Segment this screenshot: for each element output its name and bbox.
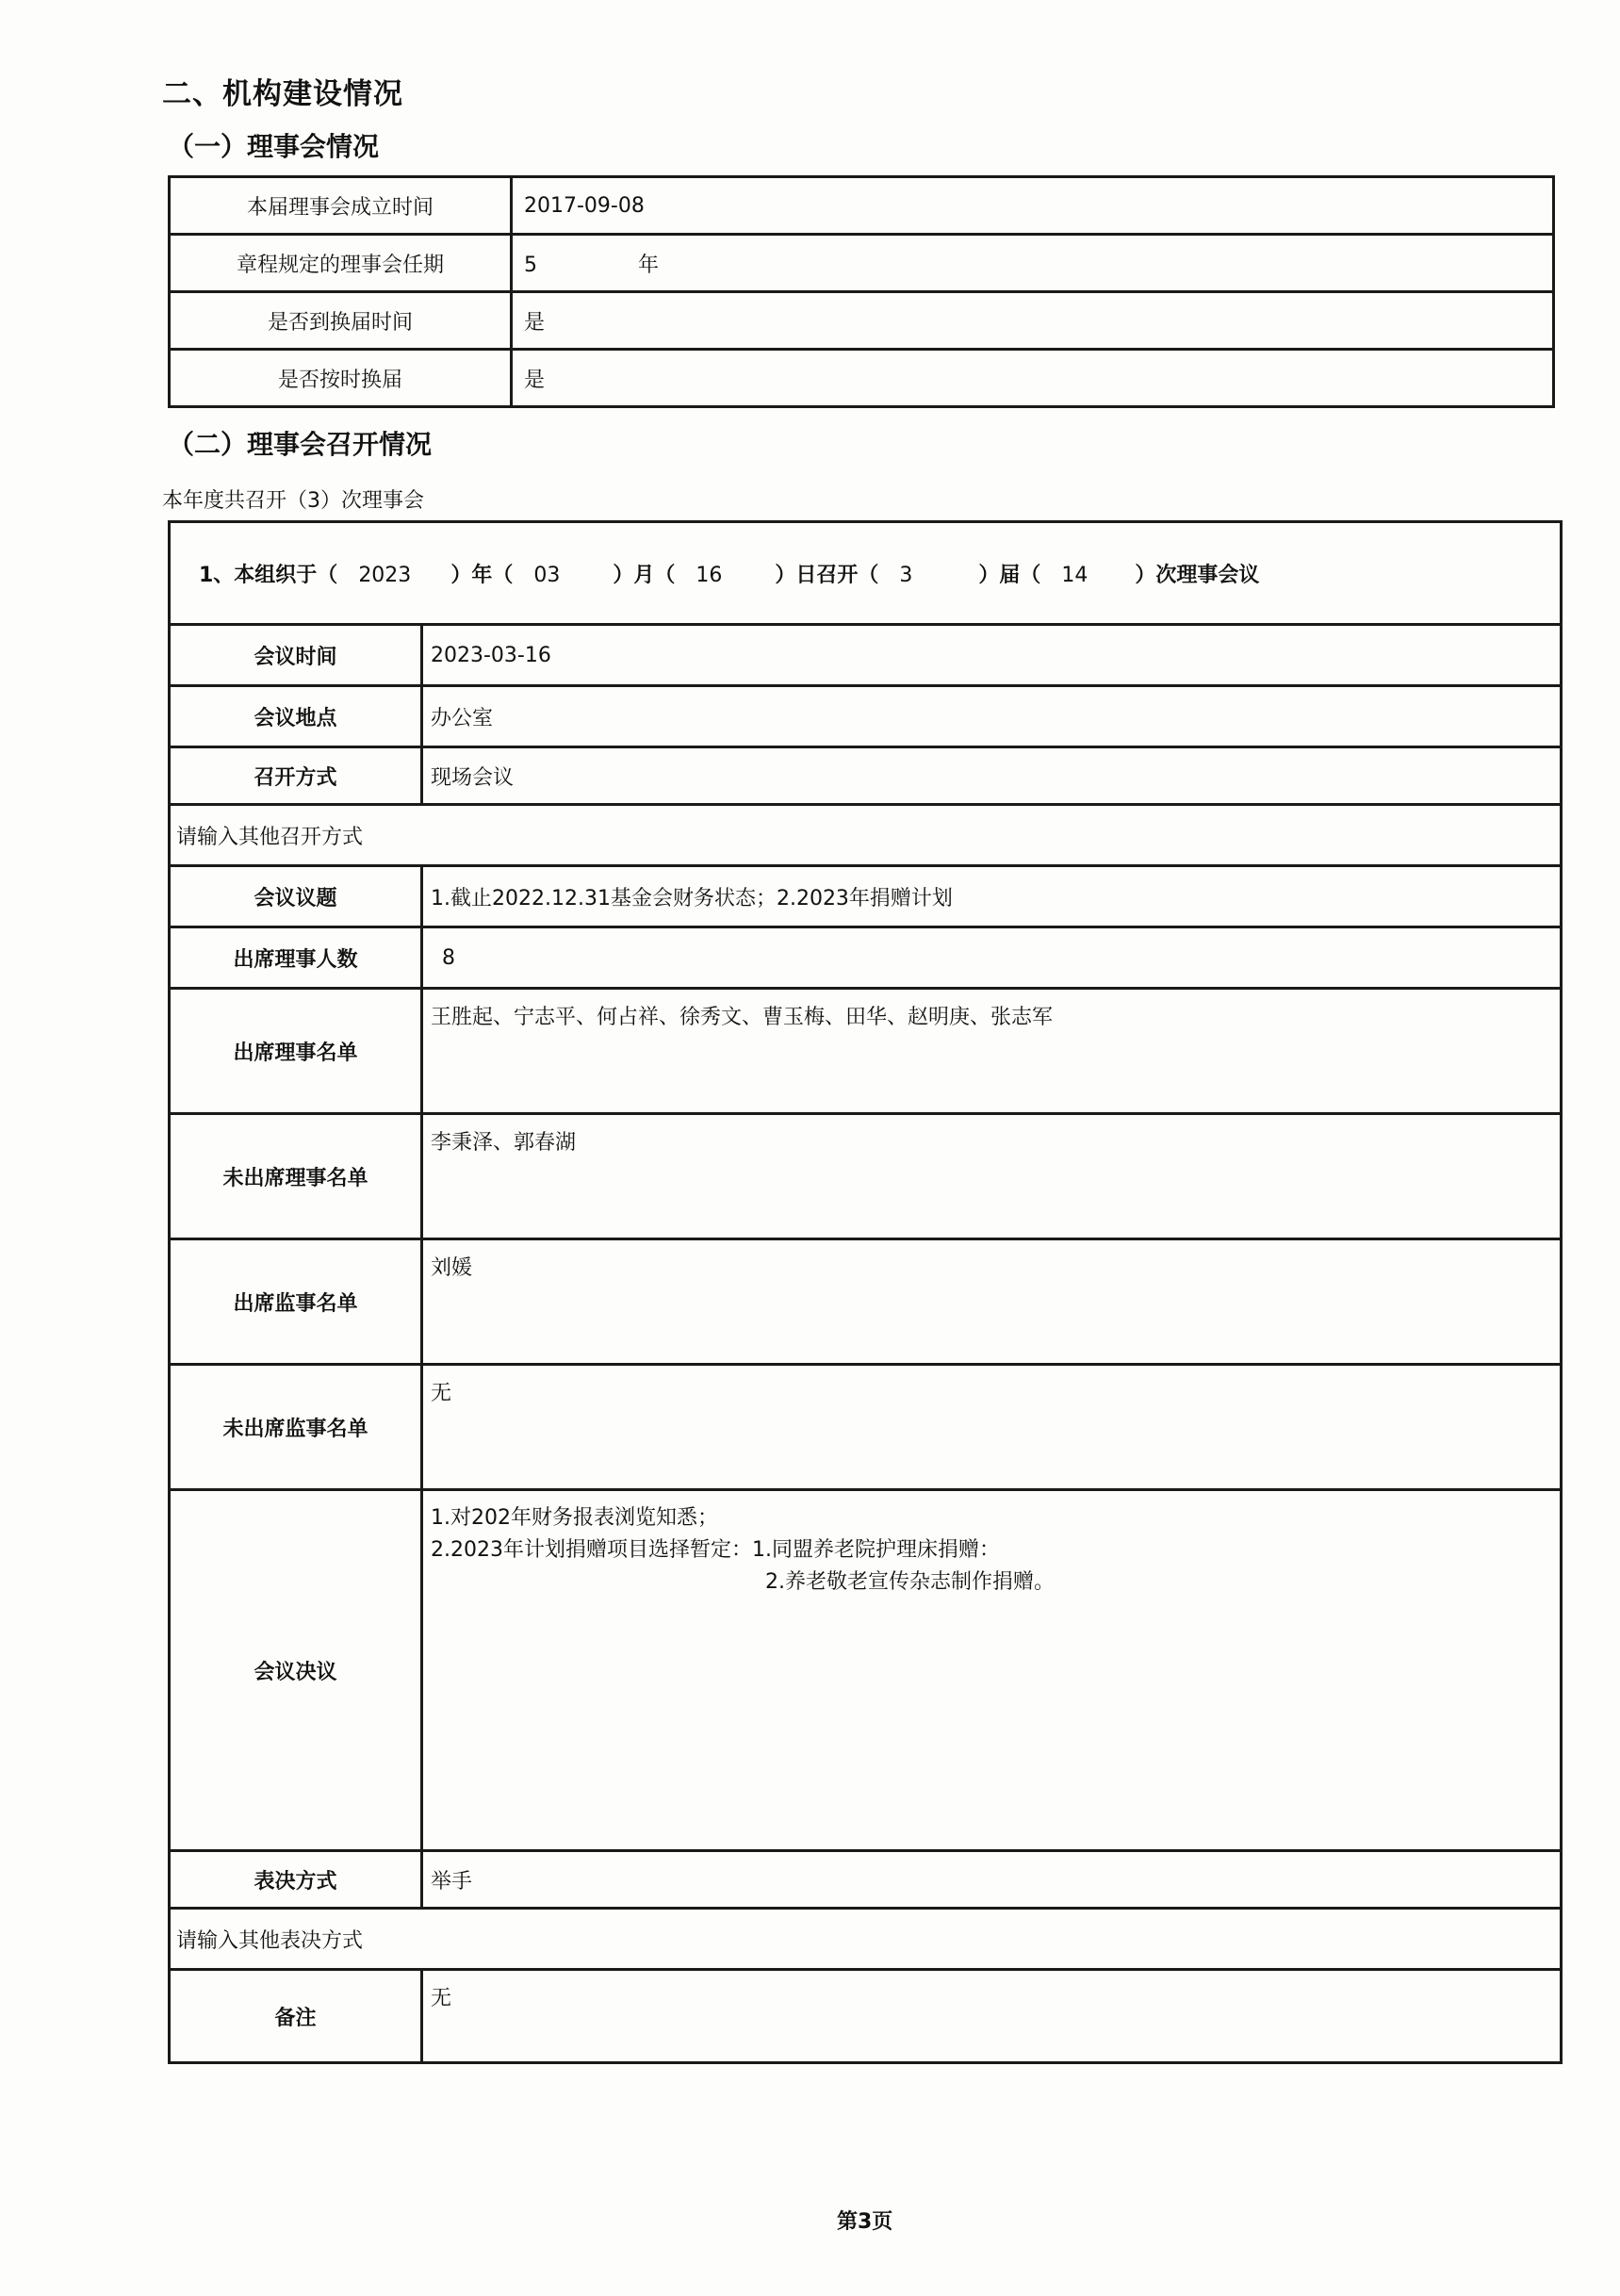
row-value: 是 bbox=[512, 292, 1554, 350]
remark-value: 无 bbox=[422, 1970, 1562, 2063]
page-number: 第3页 bbox=[837, 2206, 892, 2235]
board-info-table: 本届理事会成立时间 2017-09-08 章程规定的理事会任期 5 年 是否到换… bbox=[168, 175, 1555, 408]
meeting-session: 3 bbox=[899, 564, 973, 587]
meetings-summary: 本年度共召开（3）次理事会 bbox=[162, 484, 424, 514]
meeting-table: 1、本组织于（2023）年（03）月（16）日召开（3）届（14）次理事会议 会… bbox=[168, 520, 1563, 2064]
table-row: 会议议题 1.截止2022.12.31基金会财务状态；2.2023年捐赠计划 bbox=[170, 866, 1562, 927]
table-row: 请输入其他表决方式 bbox=[170, 1909, 1562, 1970]
supervisor-absent-value: 无 bbox=[422, 1365, 1562, 1490]
topic-label: 会议议题 bbox=[170, 866, 422, 927]
meeting-number: 14 bbox=[1061, 564, 1129, 587]
method-label: 召开方式 bbox=[170, 747, 422, 805]
table-row: 出席理事人数 8 bbox=[170, 927, 1562, 989]
attend-list-value: 王胜起、宁志平、何占祥、徐秀文、曹玉梅、田华、赵明庚、张志军 bbox=[422, 989, 1562, 1114]
supervisor-absent-label: 未出席监事名单 bbox=[170, 1365, 422, 1490]
supervisor-attend-value: 刘媛 bbox=[422, 1239, 1562, 1365]
meeting-month: 03 bbox=[533, 564, 607, 587]
resolution-value: 1.对202年财务报表浏览知悉； 2.2023年计划捐赠项目选择暂定：1.同盟养… bbox=[422, 1490, 1562, 1851]
table-row: 会议决议 1.对202年财务报表浏览知悉； 2.2023年计划捐赠项目选择暂定：… bbox=[170, 1490, 1562, 1851]
attend-count-label: 出席理事人数 bbox=[170, 927, 422, 989]
absent-list-label: 未出席理事名单 bbox=[170, 1114, 422, 1239]
absent-list-value: 李秉泽、郭春湖 bbox=[422, 1114, 1562, 1239]
time-label: 会议时间 bbox=[170, 625, 422, 686]
section-title: 二、机构建设情况 bbox=[162, 70, 403, 112]
term-value: 5 bbox=[524, 254, 537, 277]
attend-list-label: 出席理事名单 bbox=[170, 989, 422, 1114]
meeting-day: 16 bbox=[695, 564, 769, 587]
table-row: 备注 无 bbox=[170, 1970, 1562, 2063]
term-cell: 5 年 bbox=[512, 235, 1554, 292]
meetings-title: （二）理事会召开情况 bbox=[168, 424, 432, 462]
other-vote-prompt: 请输入其他表决方式 bbox=[170, 1909, 1562, 1970]
table-row: 章程规定的理事会任期 5 年 bbox=[170, 235, 1554, 292]
table-row: 本届理事会成立时间 2017-09-08 bbox=[170, 177, 1554, 235]
meeting-header-row: 1、本组织于（2023）年（03）月（16）日召开（3）届（14）次理事会议 bbox=[170, 522, 1562, 625]
term-unit: 年 bbox=[638, 249, 659, 278]
row-label: 是否按时换届 bbox=[170, 350, 512, 407]
table-row: 出席监事名单 刘媛 bbox=[170, 1239, 1562, 1365]
table-row: 表决方式 举手 bbox=[170, 1851, 1562, 1909]
table-row: 召开方式 现场会议 bbox=[170, 747, 1562, 805]
table-row: 出席理事名单 王胜起、宁志平、何占祥、徐秀文、曹玉梅、田华、赵明庚、张志军 bbox=[170, 989, 1562, 1114]
other-method-prompt: 请输入其他召开方式 bbox=[170, 805, 1562, 866]
row-value: 是 bbox=[512, 350, 1554, 407]
attend-count-value: 8 bbox=[422, 927, 1562, 989]
resolution-label: 会议决议 bbox=[170, 1490, 422, 1851]
row-label: 是否到换届时间 bbox=[170, 292, 512, 350]
document-page: 二、机构建设情况 （一）理事会情况 本届理事会成立时间 2017-09-08 章… bbox=[0, 0, 1620, 2296]
place-value: 办公室 bbox=[422, 686, 1562, 747]
meeting-header: 1、本组织于（2023）年（03）月（16）日召开（3）届（14）次理事会议 bbox=[170, 522, 1562, 625]
table-row: 会议时间 2023-03-16 bbox=[170, 625, 1562, 686]
remark-label: 备注 bbox=[170, 1970, 422, 2063]
row-value: 2017-09-08 bbox=[512, 177, 1554, 235]
table-row: 请输入其他召开方式 bbox=[170, 805, 1562, 866]
meeting-year: 2023 bbox=[358, 564, 445, 587]
table-row: 是否到换届时间 是 bbox=[170, 292, 1554, 350]
vote-value: 举手 bbox=[422, 1851, 1562, 1909]
row-label: 章程规定的理事会任期 bbox=[170, 235, 512, 292]
row-label: 本届理事会成立时间 bbox=[170, 177, 512, 235]
table-row: 会议地点 办公室 bbox=[170, 686, 1562, 747]
table-row: 是否按时换届 是 bbox=[170, 350, 1554, 407]
table-row: 未出席理事名单 李秉泽、郭春湖 bbox=[170, 1114, 1562, 1239]
supervisor-attend-label: 出席监事名单 bbox=[170, 1239, 422, 1365]
time-value: 2023-03-16 bbox=[422, 625, 1562, 686]
table-row: 未出席监事名单 无 bbox=[170, 1365, 1562, 1490]
topic-value: 1.截止2022.12.31基金会财务状态；2.2023年捐赠计划 bbox=[422, 866, 1562, 927]
board-info-title: （一）理事会情况 bbox=[168, 126, 379, 164]
method-value: 现场会议 bbox=[422, 747, 1562, 805]
vote-label: 表决方式 bbox=[170, 1851, 422, 1909]
place-label: 会议地点 bbox=[170, 686, 422, 747]
